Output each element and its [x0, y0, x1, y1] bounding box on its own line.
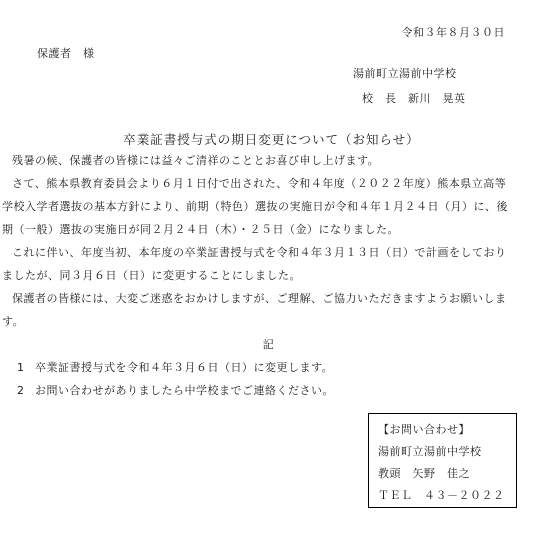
notice-list-item: 2お問い合わせがありましたら中学校までご連絡ください。 — [2, 379, 515, 402]
contact-person-name: 教頭 矢野 佳之 — [378, 463, 516, 485]
body-line: これに伴い、年度当初、本年度の卒業証書授与式を令和４年３月１３日（日）で計画をし… — [2, 241, 515, 264]
body-line: 期（一般）選抜の実施日が同２月２４日（木）・２５日（金）になりました。 — [2, 218, 515, 241]
contact-box-heading: 【お問い合わせ】 — [378, 419, 516, 441]
notice-list: 1卒業証書授与式を令和４年３月６日（日）に変更します。2お問い合わせがありました… — [2, 356, 515, 402]
letter-body: 残暑の候、保護者の皆様には益々ご清祥のこととお喜び申し上げます。さて、熊本県教育… — [2, 149, 515, 402]
list-item-number: 2 — [17, 379, 35, 402]
notice-list-item: 1卒業証書授与式を令和４年３月６日（日）に変更します。 — [2, 356, 515, 379]
document-title: 卒業証書授与式の期日変更について（お知らせ） — [0, 130, 543, 148]
contact-phone-number: ＴＥＬ ４３－２０２２ — [378, 485, 516, 507]
notice-letter-page: 令和３年８月３０日 保護者 様 湯前町立湯前中学校 校 長 新川 晃英 卒業証書… — [0, 0, 543, 558]
list-item-text: 卒業証書授与式を令和４年３月６日（日）に変更します。 — [35, 361, 333, 374]
body-line: す。 — [2, 310, 515, 333]
notice-marker: 記 — [2, 333, 515, 356]
body-line: 残暑の候、保護者の皆様には益々ご清祥のこととお喜び申し上げます。 — [2, 149, 515, 172]
document-date: 令和３年８月３０日 — [402, 24, 506, 40]
body-line: さて、熊本県教育委員会より６月１日付で出された、令和４年度（２０２２年度）熊本県… — [2, 172, 515, 195]
sender-principal-name: 校 長 新川 晃英 — [362, 90, 466, 106]
list-item-text: お問い合わせがありましたら中学校までご連絡ください。 — [35, 384, 334, 397]
contact-school-name: 湯前町立湯前中学校 — [378, 441, 516, 463]
body-line: ましたが、同３月６日（日）に変更することにしました。 — [2, 264, 515, 287]
body-lines: 残暑の候、保護者の皆様には益々ご清祥のこととお喜び申し上げます。さて、熊本県教育… — [2, 149, 515, 333]
body-line: 保護者の皆様には、大変ご迷惑をおかけしますが、ご理解、ご協力いただきますようお願… — [2, 287, 515, 310]
list-item-number: 1 — [17, 356, 35, 379]
contact-box: 【お問い合わせ】 湯前町立湯前中学校 教頭 矢野 佳之 ＴＥＬ ４３－２０２２ — [368, 413, 517, 508]
sender-school-name: 湯前町立湯前中学校 — [353, 65, 457, 81]
body-line: 学校入学者選抜の基本方針により、前期（特色）選抜の実施日が令和４年１月２４日（月… — [2, 195, 515, 218]
recipient-line: 保護者 様 — [37, 45, 95, 61]
